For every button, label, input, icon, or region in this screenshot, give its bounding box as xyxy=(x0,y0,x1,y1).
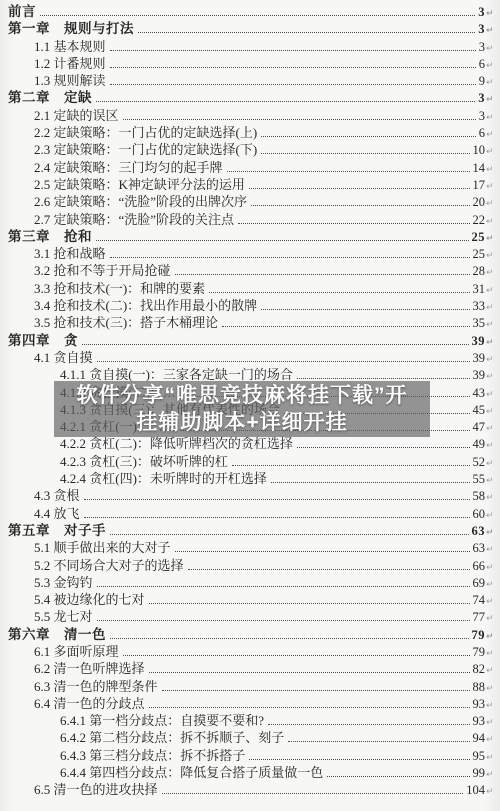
toc-entry-page: 39 xyxy=(473,350,486,367)
toc-entry-page: 88 xyxy=(473,679,486,696)
toc-entry-title: 1.1 基本规则 xyxy=(34,38,106,55)
return-mark-icon: ↵ xyxy=(486,715,495,732)
dot-leader xyxy=(288,740,469,742)
dot-leader xyxy=(97,619,470,621)
toc-entry-title: 5.1 顺手做出来的大对子 xyxy=(34,539,171,556)
toc-entry-page: 95 xyxy=(473,748,486,765)
return-mark-icon: ↵ xyxy=(486,525,495,542)
dot-leader xyxy=(96,100,475,102)
toc-entry-page: 69 xyxy=(473,575,486,592)
dot-leader xyxy=(96,239,469,241)
return-mark-icon: ↵ xyxy=(486,6,495,23)
toc-entry-title: 6.4.4 第四档分歧点：降低复合搭子质量做一色 xyxy=(60,764,323,781)
toc-entry-page: 31 xyxy=(473,281,486,298)
dot-leader xyxy=(261,308,469,310)
toc-row: 5.1 顺手做出来的大对子63↵ xyxy=(0,539,500,556)
toc-entry-page: 77 xyxy=(473,609,486,626)
dot-leader xyxy=(110,83,476,85)
return-mark-icon: ↵ xyxy=(486,196,495,213)
return-mark-icon: ↵ xyxy=(486,490,495,507)
return-mark-icon: ↵ xyxy=(486,732,495,749)
dot-leader xyxy=(110,533,469,535)
dot-leader xyxy=(97,585,470,587)
toc-entry-title: 6.4 清一色的分歧点 xyxy=(34,695,145,712)
toc-entry-title: 2.6 定缺策略：“洗脸”阶段的出牌次序 xyxy=(34,193,247,210)
dot-leader xyxy=(249,187,470,189)
toc-entry-page: 79 xyxy=(473,644,486,661)
dot-leader xyxy=(175,550,470,552)
dot-leader xyxy=(149,671,470,673)
toc-entry-title: 6.5 清一色的进攻抉择 xyxy=(34,781,158,798)
toc-row: 3.4 抢和技术(二)：找出作用最小的散牌33↵ xyxy=(0,297,500,314)
return-mark-icon: ↵ xyxy=(486,283,495,300)
toc-row: 2.2 定缺策略：一门占优的定缺选择(上)6↵ xyxy=(0,124,500,141)
toc-entry-page: 3 xyxy=(479,39,485,56)
toc-entry-page: 3 xyxy=(479,108,485,125)
toc-row: 4.2.2 贪杠(二)：降低听牌档次的贪杠选择49↵ xyxy=(0,435,500,452)
toc-entry-title: 4.2.4 贪杠(四)：未听牌时的开杠选择 xyxy=(60,470,267,487)
toc-entry-title: 6.3 清一色的牌型条件 xyxy=(34,678,158,695)
toc-entry-page: 25 xyxy=(473,246,486,263)
toc-entry-title: 6.4.3 第三档分歧点：拆不拆搭子 xyxy=(60,747,245,764)
dot-leader xyxy=(268,723,469,725)
return-mark-icon: ↵ xyxy=(486,231,495,248)
toc-entry-page: 3 xyxy=(478,21,485,38)
toc-entry-title: 2.4 定缺策略：三门均匀的起手牌 xyxy=(34,159,223,176)
toc-row: 4.2.3 贪杠(三)：破坏听牌的杠52↵ xyxy=(0,453,500,470)
dot-leader xyxy=(123,118,476,120)
toc-row: 2.4 定缺策略：三门均匀的起手牌14↵ xyxy=(0,159,500,176)
toc-entry-title: 2.3 定缺策略：一门占优的定缺选择(下) xyxy=(34,141,257,158)
toc-row: 3.3 抢和技术(一)：和牌的要素31↵ xyxy=(0,280,500,297)
dot-leader xyxy=(97,360,470,362)
dot-leader xyxy=(249,758,469,760)
return-mark-icon: ↵ xyxy=(486,404,495,421)
toc-row: 1.3 规则解读9↵ xyxy=(0,72,500,89)
return-mark-icon: ↵ xyxy=(486,577,495,594)
dot-leader xyxy=(209,291,469,293)
return-mark-icon: ↵ xyxy=(486,508,495,525)
dot-leader xyxy=(84,498,470,500)
toc-entry-page: 28 xyxy=(473,263,486,280)
ad-overlay-banner: 软件分享“唯思竞技麻将挂下载”开 挂辅助脚本+详细开挂 xyxy=(54,381,430,437)
dot-leader xyxy=(261,135,476,137)
return-mark-icon: ↵ xyxy=(486,317,495,334)
return-mark-icon: ↵ xyxy=(486,646,495,663)
toc-entry-page: 33 xyxy=(473,298,486,315)
toc-entry-page: 6 xyxy=(479,56,485,73)
toc-row: 第六章 清一色79↵ xyxy=(0,626,500,643)
toc-entry-page: 74 xyxy=(473,592,486,609)
return-mark-icon: ↵ xyxy=(486,214,495,231)
return-mark-icon: ↵ xyxy=(486,629,495,646)
toc-entry-page: 25 xyxy=(472,229,486,246)
return-mark-icon: ↵ xyxy=(486,58,495,75)
toc-entry-page: 93 xyxy=(473,713,486,730)
toc-entry-title: 第一章 规则与打法 xyxy=(8,20,134,37)
toc-entry-title: 前言 xyxy=(8,3,36,20)
return-mark-icon: ↵ xyxy=(486,92,495,109)
toc-row: 4.2.4 贪杠(四)：未听牌时的开杠选择55↵ xyxy=(0,470,500,487)
scanned-toc-page: 前言3↵第一章 规则与打法3↵1.1 基本规则3↵1.2 计番规则6↵1.3 规… xyxy=(0,0,500,811)
dot-leader xyxy=(261,152,469,154)
toc-entry-title: 第二章 定缺 xyxy=(8,89,92,106)
toc-entry-page: 49 xyxy=(473,436,486,453)
return-mark-icon: ↵ xyxy=(486,784,495,801)
toc-row: 3.2 抢和不等于开局抢碰28↵ xyxy=(0,262,500,279)
toc-entry-page: 39 xyxy=(473,367,486,384)
toc-entry-title: 3.2 抢和不等于开局抢碰 xyxy=(34,262,171,279)
toc-row: 第五章 对子手63↵ xyxy=(0,522,500,539)
toc-row: 2.6 定缺策略：“洗脸”阶段的出牌次序20↵ xyxy=(0,193,500,210)
dot-leader xyxy=(138,31,475,33)
toc-row: 第二章 定缺3↵ xyxy=(0,89,500,106)
toc-entry-title: 2.1 定缺的误区 xyxy=(34,107,119,124)
toc-entry-title: 3.4 抢和技术(二)：找出作用最小的散牌 xyxy=(34,297,257,314)
toc-row: 5.2 不同场合大对子的选择66↵ xyxy=(0,557,500,574)
return-mark-icon: ↵ xyxy=(486,265,495,282)
toc-row: 4.3 贪根58↵ xyxy=(0,487,500,504)
toc-row: 6.4.2 第二档分歧点：拆不拆顺子、刻子94↵ xyxy=(0,729,500,746)
toc-entry-title: 5.2 不同场合大对子的选择 xyxy=(34,557,184,574)
toc-entry-title: 6.4.1 第一档分歧点：自摸要不要和? xyxy=(60,712,264,729)
return-mark-icon: ↵ xyxy=(486,300,495,317)
dot-leader xyxy=(149,602,470,604)
toc-entry-title: 2.5 定缺策略：K神定缺评分法的运用 xyxy=(34,176,245,193)
toc-entry-title: 6.4.2 第二档分歧点：拆不拆顺子、刻子 xyxy=(60,729,284,746)
toc-entry-title: 2.7 定缺策略：“洗脸”阶段的关注点 xyxy=(34,211,234,228)
toc-entry-title: 第四章 贪 xyxy=(8,332,78,349)
return-mark-icon: ↵ xyxy=(486,110,495,127)
return-mark-icon: ↵ xyxy=(486,681,495,698)
dot-leader xyxy=(162,689,470,691)
dot-leader xyxy=(251,204,469,206)
toc-entry-title: 4.3 贪根 xyxy=(34,487,80,504)
toc-entry-page: 66 xyxy=(473,558,486,575)
toc-entry-title: 第六章 清一色 xyxy=(8,626,106,643)
toc-entry-page: 58 xyxy=(473,488,486,505)
return-mark-icon: ↵ xyxy=(486,611,495,628)
toc-row: 4.1 贪自摸39↵ xyxy=(0,349,500,366)
return-mark-icon: ↵ xyxy=(486,335,495,352)
dot-leader xyxy=(110,66,476,68)
toc-entry-page: 3 xyxy=(478,4,485,21)
return-mark-icon: ↵ xyxy=(486,162,495,179)
toc-row: 2.3 定缺策略：一门占优的定缺选择(下)10↵ xyxy=(0,141,500,158)
toc-entry-title: 1.3 规则解读 xyxy=(34,72,106,89)
toc-entry-page: 63 xyxy=(472,523,486,540)
return-mark-icon: ↵ xyxy=(486,473,495,490)
toc-row: 5.4 被边缘化的七对74↵ xyxy=(0,591,500,608)
toc-entry-page: 22 xyxy=(473,212,486,229)
toc-entry-page: 14 xyxy=(473,160,486,177)
toc-row: 1.1 基本规则3↵ xyxy=(0,38,500,55)
toc-entry-title: 4.2.2 贪杠(二)：降低听牌档次的贪杠选择 xyxy=(60,435,293,452)
toc-row: 第三章 抢和25↵ xyxy=(0,228,500,245)
dot-leader xyxy=(110,256,470,258)
toc-entry-page: 17 xyxy=(473,177,486,194)
toc-row: 前言3↵ xyxy=(0,3,500,20)
dot-leader xyxy=(110,637,469,639)
toc-entry-page: 45 xyxy=(473,402,486,419)
toc-entry-title: 3.3 抢和技术(一)：和牌的要素 xyxy=(34,280,205,297)
toc-row: 6.2 清一色听牌选择82↵ xyxy=(0,660,500,677)
return-mark-icon: ↵ xyxy=(486,438,495,455)
return-mark-icon: ↵ xyxy=(486,594,495,611)
toc-entry-page: 9 xyxy=(479,73,485,90)
toc-entry-title: 5.3 金钩钓 xyxy=(34,574,93,591)
return-mark-icon: ↵ xyxy=(486,750,495,767)
toc-entry-page: 82 xyxy=(473,661,486,678)
toc-entry-page: 3 xyxy=(478,90,485,107)
dot-leader xyxy=(271,481,470,483)
toc-entry-page: 47 xyxy=(473,419,486,436)
toc-entry-page: 104 xyxy=(466,782,485,799)
dot-leader xyxy=(162,792,464,794)
toc-row: 第一章 规则与打法3↵ xyxy=(0,20,500,37)
toc-row: 6.4.1 第一档分歧点：自摸要不要和?93↵ xyxy=(0,712,500,729)
ad-overlay-line2: 挂辅助脚本+详细开挂 xyxy=(136,409,347,436)
toc-row: 6.5 清一色的进攻抉择104↵ xyxy=(0,781,500,798)
return-mark-icon: ↵ xyxy=(486,23,495,40)
toc-row: 2.1 定缺的误区3↵ xyxy=(0,107,500,124)
return-mark-icon: ↵ xyxy=(486,352,495,369)
dot-leader xyxy=(297,377,470,379)
return-mark-icon: ↵ xyxy=(486,179,495,196)
dot-leader xyxy=(40,14,475,16)
dot-leader xyxy=(222,325,469,327)
toc-entry-page: 10 xyxy=(473,142,486,159)
toc-entry-title: 1.2 计番规则 xyxy=(34,55,106,72)
return-mark-icon: ↵ xyxy=(486,421,495,438)
return-mark-icon: ↵ xyxy=(486,767,495,784)
dot-leader xyxy=(188,568,470,570)
dot-leader xyxy=(149,706,470,708)
toc-entry-title: 5.5 龙七对 xyxy=(34,608,93,625)
toc-entry-title: 4.4 放飞 xyxy=(34,505,80,522)
return-mark-icon: ↵ xyxy=(486,698,495,715)
dot-leader xyxy=(123,654,470,656)
toc-row: 2.5 定缺策略：K神定缺评分法的运用17↵ xyxy=(0,176,500,193)
return-mark-icon: ↵ xyxy=(486,369,495,386)
toc-entry-title: 4.2.3 贪杠(三)：破坏听牌的杠 xyxy=(60,453,228,470)
dot-leader xyxy=(238,222,469,224)
return-mark-icon: ↵ xyxy=(486,663,495,680)
return-mark-icon: ↵ xyxy=(486,248,495,265)
dot-leader xyxy=(84,516,470,518)
dot-leader xyxy=(110,49,476,51)
toc-row: 5.3 金钩钓69↵ xyxy=(0,574,500,591)
toc-row: 4.4 放飞60↵ xyxy=(0,505,500,522)
toc-entry-title: 第五章 对子手 xyxy=(8,522,106,539)
toc-entry-page: 79 xyxy=(472,627,486,644)
toc-entry-page: 94 xyxy=(473,730,486,747)
return-mark-icon: ↵ xyxy=(486,456,495,473)
return-mark-icon: ↵ xyxy=(486,542,495,559)
toc-entry-page: 63 xyxy=(473,540,486,557)
toc-entry-page: 39 xyxy=(472,333,486,350)
return-mark-icon: ↵ xyxy=(486,387,495,404)
toc-row: 6.4 清一色的分歧点93↵ xyxy=(0,695,500,712)
return-mark-icon: ↵ xyxy=(486,75,495,92)
toc-entry-title: 3.5 抢和技术(三)：搭子木桶理论 xyxy=(34,314,218,331)
toc-entry-title: 2.2 定缺策略：一门占优的定缺选择(上) xyxy=(34,124,257,141)
toc-row: 1.2 计番规则6↵ xyxy=(0,55,500,72)
toc-entry-page: 43 xyxy=(473,385,486,402)
dot-leader xyxy=(82,343,469,345)
toc-row: 5.5 龙七对77↵ xyxy=(0,608,500,625)
return-mark-icon: ↵ xyxy=(486,560,495,577)
dot-leader xyxy=(227,170,470,172)
dot-leader xyxy=(175,273,470,275)
toc-entry-title: 6.2 清一色听牌选择 xyxy=(34,660,145,677)
toc-entry-page: 99 xyxy=(473,765,486,782)
toc-row: 2.7 定缺策略：“洗脸”阶段的关注点22↵ xyxy=(0,211,500,228)
toc-row: 第四章 贪39↵ xyxy=(0,332,500,349)
return-mark-icon: ↵ xyxy=(486,127,495,144)
return-mark-icon: ↵ xyxy=(486,41,495,58)
toc-entry-title: 5.4 被边缘化的七对 xyxy=(34,591,145,608)
toc-entry-page: 35 xyxy=(473,315,486,332)
ad-overlay-line1: 软件分享“唯思竞技麻将挂下载”开 xyxy=(77,382,408,409)
dot-leader xyxy=(327,775,469,777)
toc-row: 6.4.4 第四档分歧点：降低复合搭子质量做一色99↵ xyxy=(0,764,500,781)
toc-entry-title: 6.1 多面听原理 xyxy=(34,643,119,660)
toc-entry-page: 6 xyxy=(479,125,485,142)
dot-leader xyxy=(297,446,470,448)
toc-row: 6.1 多面听原理79↵ xyxy=(0,643,500,660)
toc-entry-title: 4.1 贪自摸 xyxy=(34,349,93,366)
return-mark-icon: ↵ xyxy=(486,144,495,161)
dot-leader xyxy=(232,464,470,466)
toc-entry-title: 3.1 抢和战略 xyxy=(34,245,106,262)
toc-entry-title: 第三章 抢和 xyxy=(8,228,92,245)
toc-entry-page: 93 xyxy=(473,696,486,713)
toc-row: 6.4.3 第三档分歧点：拆不拆搭子95↵ xyxy=(0,747,500,764)
toc-entry-page: 55 xyxy=(473,471,486,488)
toc-row: 6.3 清一色的牌型条件88↵ xyxy=(0,678,500,695)
toc-row: 3.1 抢和战略25↵ xyxy=(0,245,500,262)
toc-entry-page: 52 xyxy=(473,454,486,471)
toc-row: 3.5 抢和技术(三)：搭子木桶理论35↵ xyxy=(0,314,500,331)
toc-entry-page: 60 xyxy=(473,506,486,523)
toc-entry-page: 20 xyxy=(473,194,486,211)
